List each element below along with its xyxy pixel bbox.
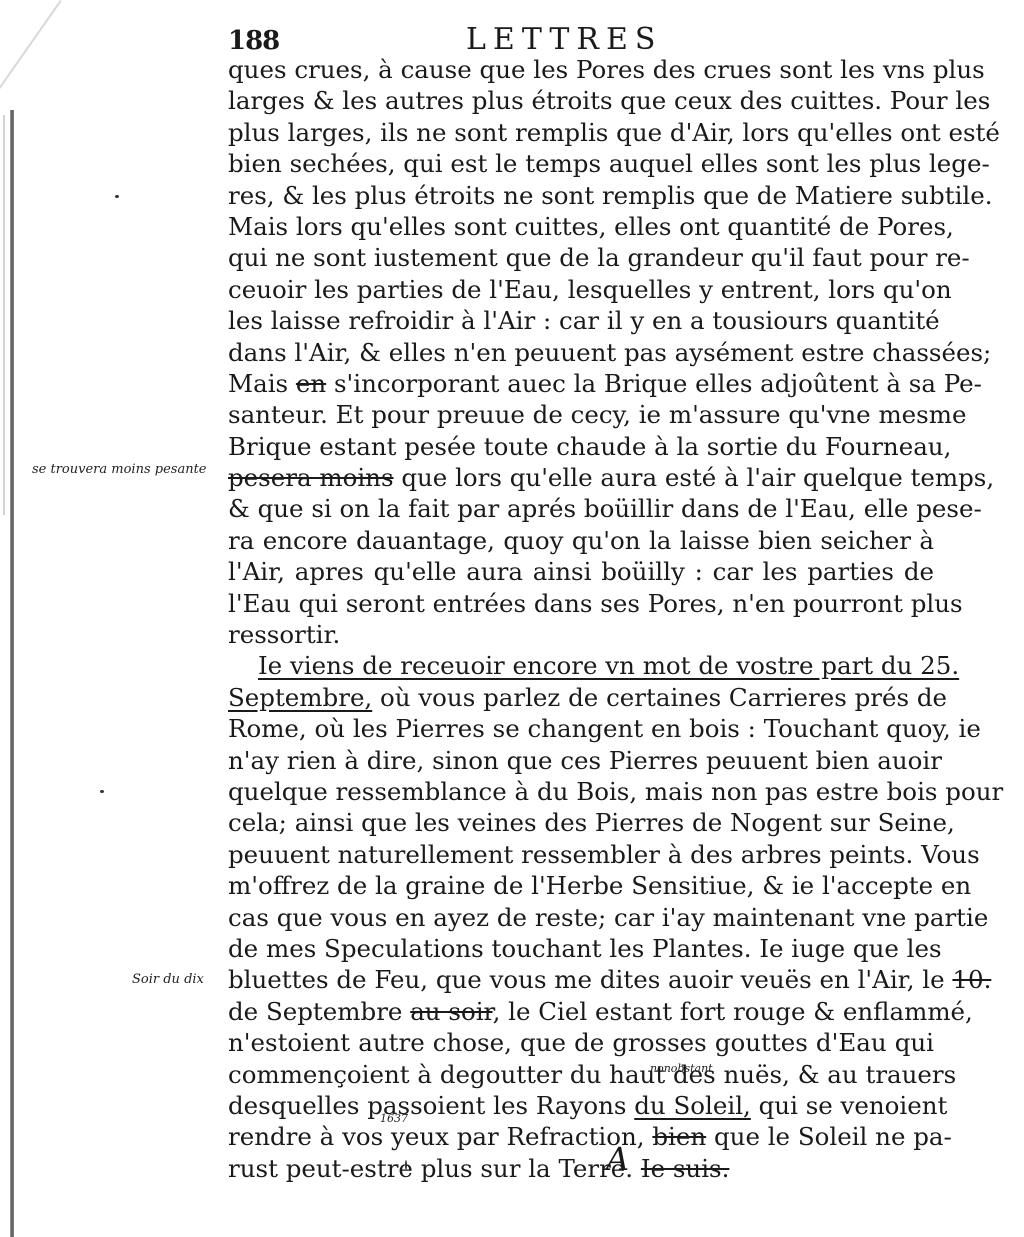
text-line: de mes Speculations touchant les Plantes… — [228, 933, 934, 964]
text-line-with-deletion: pesera moins que lors qu'elle aura esté … — [228, 462, 934, 493]
text-line-underlined: Ie viens de receuoir encore vn mot de vo… — [228, 650, 934, 681]
text-line: l'Eau qui seront entrées dans ses Pores,… — [228, 588, 934, 619]
interlinear-annotation: nonobstant — [650, 1062, 713, 1075]
body-text: ques crues, à cause que les Pores des cr… — [228, 54, 934, 1184]
text-line-underlined: Septembre, où vous parlez de certaines C… — [228, 682, 934, 713]
underlined-text: du Soleil, — [634, 1091, 751, 1120]
text-line: ressortir. — [228, 619, 934, 650]
text-line: bien sechées, qui est le temps auquel el… — [228, 148, 934, 179]
text-line: santeur. Et pour preuue de cecy, ie m'as… — [228, 399, 934, 430]
text-line: les laisse refroidir à l'Air : car il y … — [228, 305, 934, 336]
text-line: cela; ainsi que les veines des Pierres d… — [228, 807, 934, 838]
text-line: commençoient à degoutter du haut des nuë… — [228, 1059, 934, 1090]
text-line: quelque ressemblance à du Bois, mais non… — [228, 776, 934, 807]
line-segment: de Septembre — [228, 997, 410, 1026]
line-segment: où vous parlez de certaines Carrieres pr… — [372, 683, 947, 712]
line-segment: s'incorporant auec la Brique elles adjoû… — [326, 369, 982, 398]
struck-word: en — [296, 369, 326, 398]
text-line: peuuent naturellement ressembler à des a… — [228, 839, 934, 870]
line-segment: desquelles passoient les Rayons — [228, 1091, 634, 1120]
text-line: larges & les autres plus étroits que ceu… — [228, 85, 934, 116]
struck-word: 10. — [952, 965, 991, 994]
text-line-with-deletion: de Septembre au soir, le Ciel estant for… — [228, 996, 934, 1027]
text-line-with-deletion: rendre à vos yeux par Refraction, bien q… — [228, 1121, 934, 1152]
text-line: Brique estant pesée toute chaude à la so… — [228, 431, 934, 462]
margin-annotation: Soir du dix — [132, 972, 204, 987]
margin-annotation: se trouvera moins pesante — [32, 462, 206, 477]
line-segment: rendre à vos yeux par Refraction, — [228, 1122, 652, 1151]
ink-speck — [405, 1160, 407, 1170]
text-line: qui ne sont iustement que de la grandeur… — [228, 242, 934, 273]
text-line: m'offrez de la graine de l'Herbe Sensiti… — [228, 870, 934, 901]
text-line: res, & les plus étroits ne sont remplis … — [228, 180, 934, 211]
text-line: Rome, où les Pierres se changent en bois… — [228, 713, 934, 744]
page-corner-shadow — [0, 0, 62, 99]
ink-speck — [100, 790, 104, 793]
line-segment: bluettes de Feu, que vous me dites auoir… — [228, 965, 952, 994]
struck-word: pesera moins — [228, 463, 394, 492]
line-segment: , le Ciel estant fort rouge & enflammé, — [493, 997, 973, 1026]
text-line: ra encore dauantage, quoy qu'on la laiss… — [228, 525, 934, 556]
running-title: LETTRES — [466, 22, 662, 57]
struck-word: au soir — [410, 997, 492, 1026]
text-line: plus larges, ils ne sont remplis que d'A… — [228, 117, 934, 148]
underlined-text: Septembre, — [228, 683, 372, 712]
text-line: l'Air, apres qu'elle aura ainsi boüilly … — [228, 556, 934, 587]
text-line: & que si on la fait par aprés boüillir d… — [228, 493, 934, 524]
struck-word: bien — [652, 1122, 706, 1151]
line-segment: que le Soleil ne pa- — [706, 1122, 952, 1151]
signature-mark: A — [606, 1140, 629, 1178]
text-line: n'estoient autre chose, que de grosses g… — [228, 1027, 934, 1058]
text-line: ques crues, à cause que les Pores des cr… — [228, 54, 934, 85]
line-segment: qui se venoient — [751, 1091, 948, 1120]
text-line-with-deletion: bluettes de Feu, que vous me dites auoir… — [228, 964, 934, 995]
page-outer-edge — [3, 115, 5, 515]
line-segment: Mais — [228, 369, 296, 398]
text-line-underlined: desquelles passoient les Rayons du Solei… — [228, 1090, 934, 1121]
text-line-with-deletion: Mais en s'incorporant auec la Brique ell… — [228, 368, 934, 399]
line-segment: que lors qu'elle aura esté à l'air quelq… — [394, 463, 995, 492]
text-line: ceuoir les parties de l'Eau, lesquelles … — [228, 274, 934, 305]
text-line: n'ay rien à dire, sinon que ces Pierres … — [228, 745, 934, 776]
struck-word: Ie suis. — [641, 1154, 730, 1183]
interlinear-annotation: 1637 — [380, 1112, 408, 1125]
underlined-text: Ie viens de receuoir encore vn mot de vo… — [258, 651, 959, 680]
text-line: Mais lors qu'elles sont cuittes, elles o… — [228, 211, 934, 242]
page-number: 188 — [228, 26, 279, 56]
page-spine-edge — [10, 110, 14, 1237]
text-line: cas que vous en ayez de reste; car i'ay … — [228, 902, 934, 933]
text-line: dans l'Air, & elles n'en peuuent pas ays… — [228, 337, 934, 368]
ink-speck — [115, 195, 119, 198]
text-line-with-deletion: rust peut-estre plus sur la Terre. Ie su… — [228, 1153, 934, 1184]
line-segment: rust peut-estre plus sur la Terre. — [228, 1154, 641, 1183]
